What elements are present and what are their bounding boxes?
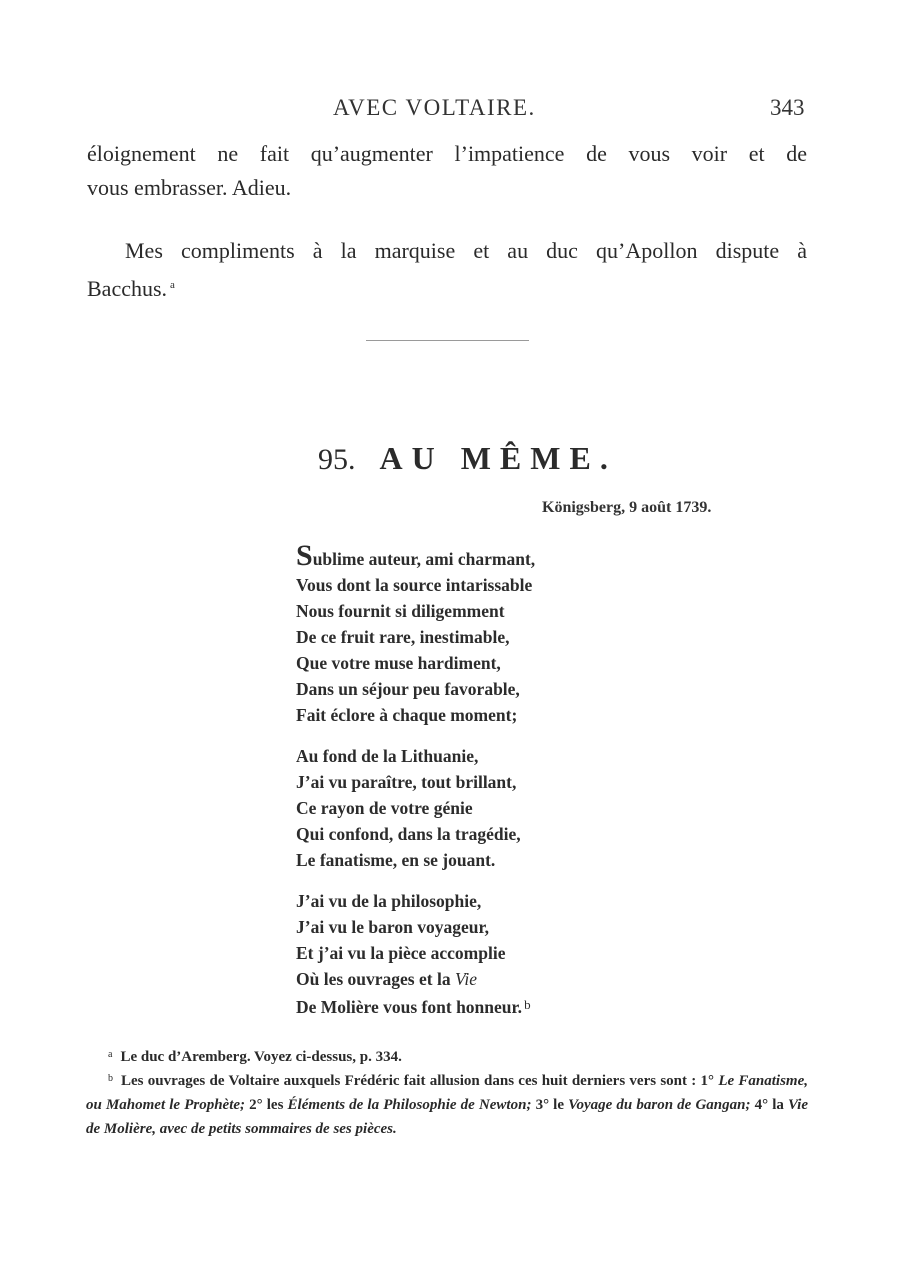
poem-line: Au fond de la Lithuanie, bbox=[296, 743, 636, 769]
poem-line: Ce rayon de votre génie bbox=[296, 795, 636, 821]
poem-line: J’ai vu le baron voyageur, bbox=[296, 914, 636, 940]
footnote-b: bLes ouvrages de Voltaire auxquels Frédé… bbox=[86, 1067, 808, 1141]
poem-line: De ce fruit rare, inestimable, bbox=[296, 624, 636, 650]
poem-line: Nous fournit si diligemment bbox=[296, 598, 636, 624]
footnote-text: Les ouvrages de Voltaire auxquels Frédér… bbox=[121, 1073, 696, 1089]
running-head: AVEC VOLTAIRE. 343 bbox=[0, 93, 900, 127]
poem-line: Le fanatisme, en se jouant. bbox=[296, 847, 636, 873]
prose-paragraph-1: éloignement ne fait qu’augmenter l’impat… bbox=[87, 137, 807, 205]
poem-line: Et j’ai vu la pièce accomplie bbox=[296, 940, 636, 966]
prose-line: Mes compliments à la marquise et au duc … bbox=[87, 234, 807, 268]
poem-line: Sublime auteur, ami charmant, bbox=[296, 543, 636, 572]
footnote-ref-a: a bbox=[170, 279, 175, 291]
poem-line: Qui confond, dans la tragédie, bbox=[296, 821, 636, 847]
prose-line: vous embrasser. Adieu. bbox=[87, 171, 807, 205]
running-title: AVEC VOLTAIRE. bbox=[333, 95, 536, 121]
footnote-a: aLe duc d’Aremberg. Voyez ci-dessus, p. … bbox=[86, 1043, 808, 1069]
poem-line: Que votre muse hardiment, bbox=[296, 650, 636, 676]
work-title: Éléments de la Philosophie de Newton; bbox=[288, 1097, 532, 1113]
poem-line: Où les ouvrages et la Vie bbox=[296, 966, 636, 992]
poem-line: Fait éclore à chaque moment; bbox=[296, 702, 636, 728]
poem-stanza-3: J’ai vu de la philosophie, J’ai vu le ba… bbox=[296, 888, 636, 1020]
poem-line: J’ai vu paraître, tout brillant, bbox=[296, 769, 636, 795]
letter-number: 95. bbox=[318, 443, 356, 476]
work-title: Voyage du baron de Gangan; bbox=[568, 1097, 750, 1113]
poem-line: Vous dont la source intarissable bbox=[296, 572, 636, 598]
footnote-text: Le duc d’Aremberg. Voyez ci-dessus, p. 3… bbox=[120, 1049, 401, 1065]
drop-cap: S bbox=[296, 539, 313, 572]
prose-text: Bacchus. bbox=[87, 276, 167, 301]
poem-stanza-1: Sublime auteur, ami charmant, Vous dont … bbox=[296, 543, 636, 728]
poem-line: De Molière vous font honneur.b bbox=[296, 992, 636, 1020]
poem-stanza-2: Au fond de la Lithuanie, J’ai vu paraîtr… bbox=[296, 743, 636, 873]
page-number: 343 bbox=[770, 95, 805, 121]
section-divider bbox=[366, 340, 529, 341]
prose-paragraph-2: Mes compliments à la marquise et au duc … bbox=[87, 234, 807, 306]
letter-title: AU MÊME. bbox=[380, 440, 617, 476]
footnote-ref-b: b bbox=[524, 997, 531, 1012]
poem-line: Dans un séjour peu favorable, bbox=[296, 676, 636, 702]
prose-line: Bacchus.a bbox=[87, 268, 807, 306]
letter-heading: 95.AU MÊME. bbox=[318, 440, 617, 477]
dateline: Königsberg, 9 août 1739. bbox=[542, 499, 711, 517]
italic-title: Vie bbox=[455, 969, 477, 989]
poem-line: J’ai vu de la philosophie, bbox=[296, 888, 636, 914]
footnote-mark: b bbox=[108, 1073, 113, 1084]
footnote-mark: a bbox=[108, 1049, 112, 1060]
prose-line: éloignement ne fait qu’augmenter l’impat… bbox=[87, 137, 807, 171]
